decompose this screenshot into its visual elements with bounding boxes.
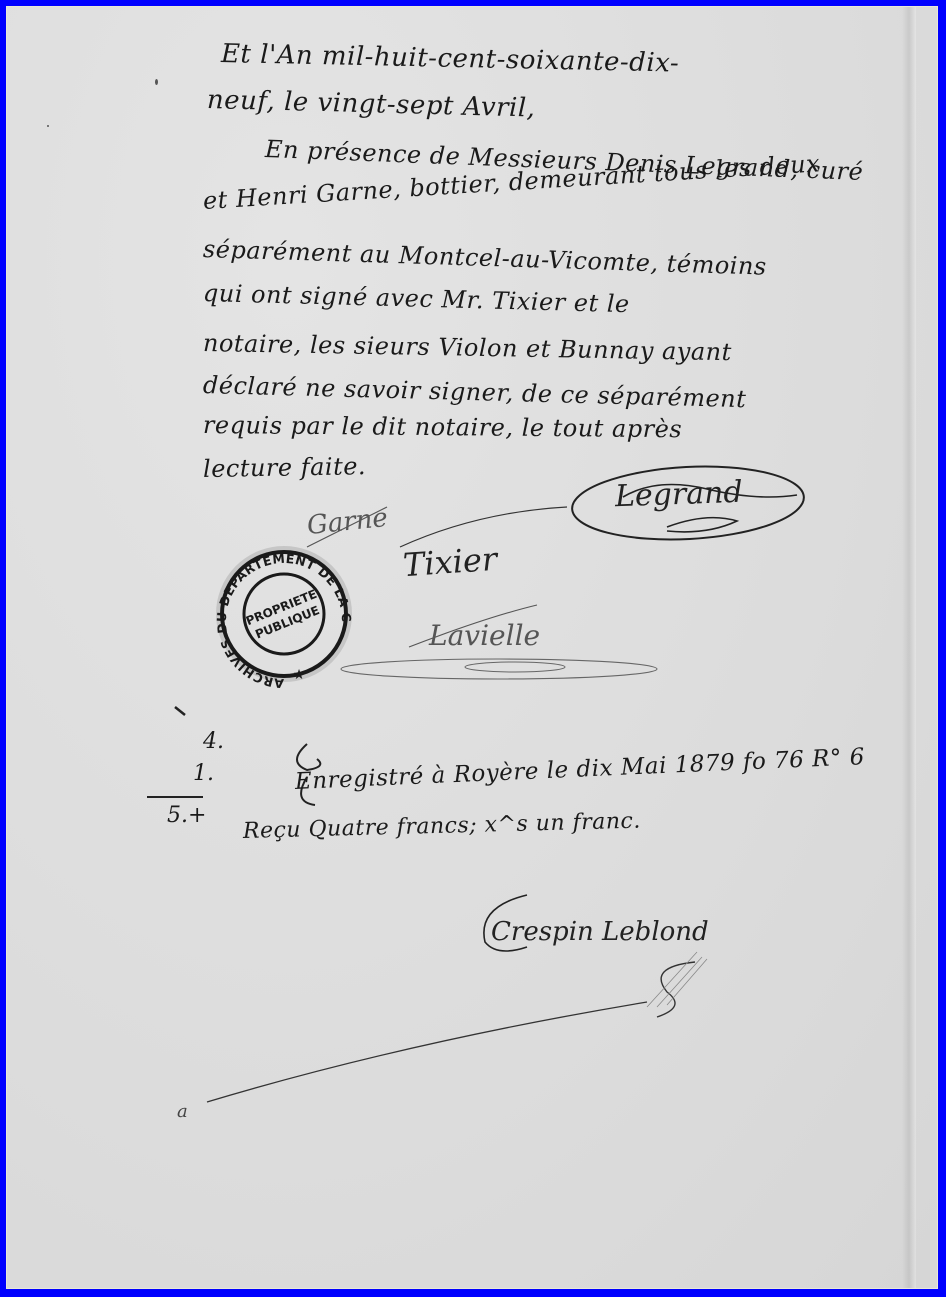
archive-stamp: ARCHIVES DU DEPARTEMENT DE LA CREUSE ★ P… [7,7,938,1289]
margin-fee-1: 4. [203,729,224,754]
svg-text:ARCHIVES DU DEPARTEMENT DE LA: ARCHIVES DU DEPARTEMENT DE LA CREUSE [7,7,354,691]
signature-clerk: Crespin Leblond [491,917,709,947]
margin-fee-2: 1. [193,761,214,786]
stamp-star-icon: ★ [293,667,306,683]
stamp-outer-text: ARCHIVES DU DEPARTEMENT DE LA CREUSE [7,7,354,691]
corner-mark: a [177,1101,188,1122]
document-page: Et l'An mil-huit-cent-soixante-dix- neuf… [6,6,938,1289]
margin-fee-total: 5.+ [167,803,206,828]
